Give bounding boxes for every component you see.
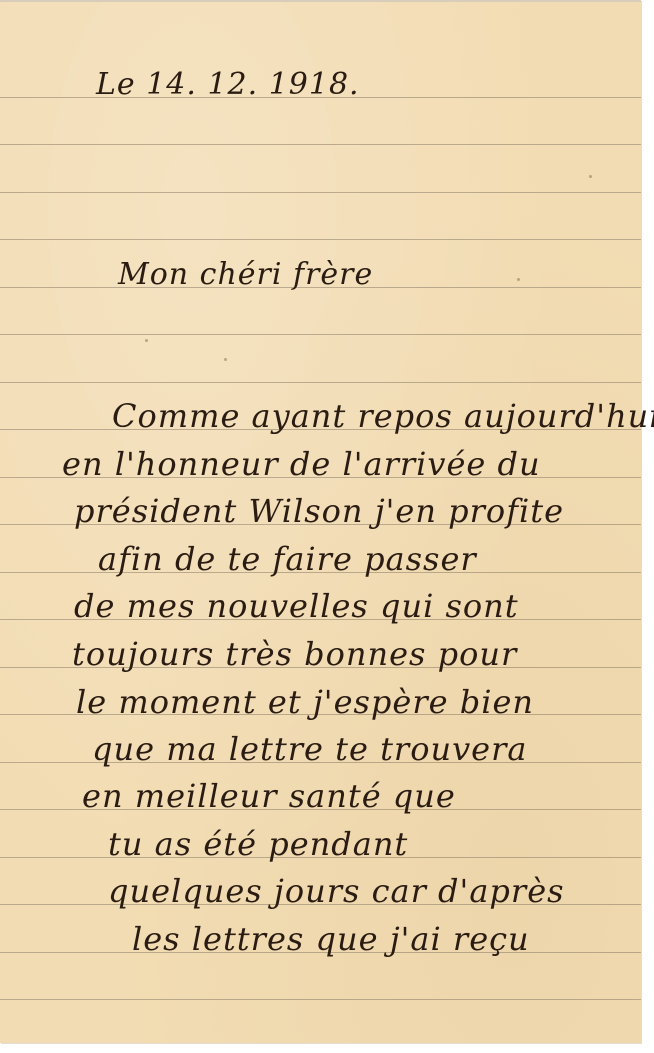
paper-speck: [589, 175, 592, 178]
ruled-line: [0, 144, 641, 145]
paper-speck: [517, 278, 520, 281]
ruled-line: [0, 239, 641, 240]
letter-line: en meilleur santé que: [82, 780, 456, 812]
ruled-line: [0, 334, 641, 335]
letter-line: les lettres que j'ai reçu: [132, 923, 530, 955]
ruled-line: [0, 999, 641, 1000]
ruled-line: [0, 382, 641, 383]
letter-line: président Wilson j'en profite: [74, 495, 564, 527]
letter-page: Le 14. 12. 1918. Mon chéri frère Comme a…: [0, 0, 641, 1043]
letter-salutation: Mon chéri frère: [118, 260, 373, 290]
letter-line: tu as été pendant: [108, 828, 408, 860]
letter-line: afin de te faire passer: [98, 543, 477, 575]
ruled-line: [0, 192, 641, 193]
letter-line: en l'honneur de l'arrivée du: [62, 448, 541, 480]
letter-date: Le 14. 12. 1918.: [96, 70, 360, 100]
letter-line: que ma lettre te trouvera: [92, 733, 527, 765]
letter-line: Comme ayant repos aujourd'hui: [112, 400, 654, 432]
letter-line: quelques jours car d'après: [108, 875, 565, 907]
paper-speck: [145, 339, 148, 342]
letter-line: de mes nouvelles qui sont: [74, 590, 519, 622]
paper-speck: [224, 358, 227, 361]
letter-line: toujours très bonnes pour: [72, 638, 517, 670]
letter-line: le moment et j'espère bien: [76, 686, 534, 718]
